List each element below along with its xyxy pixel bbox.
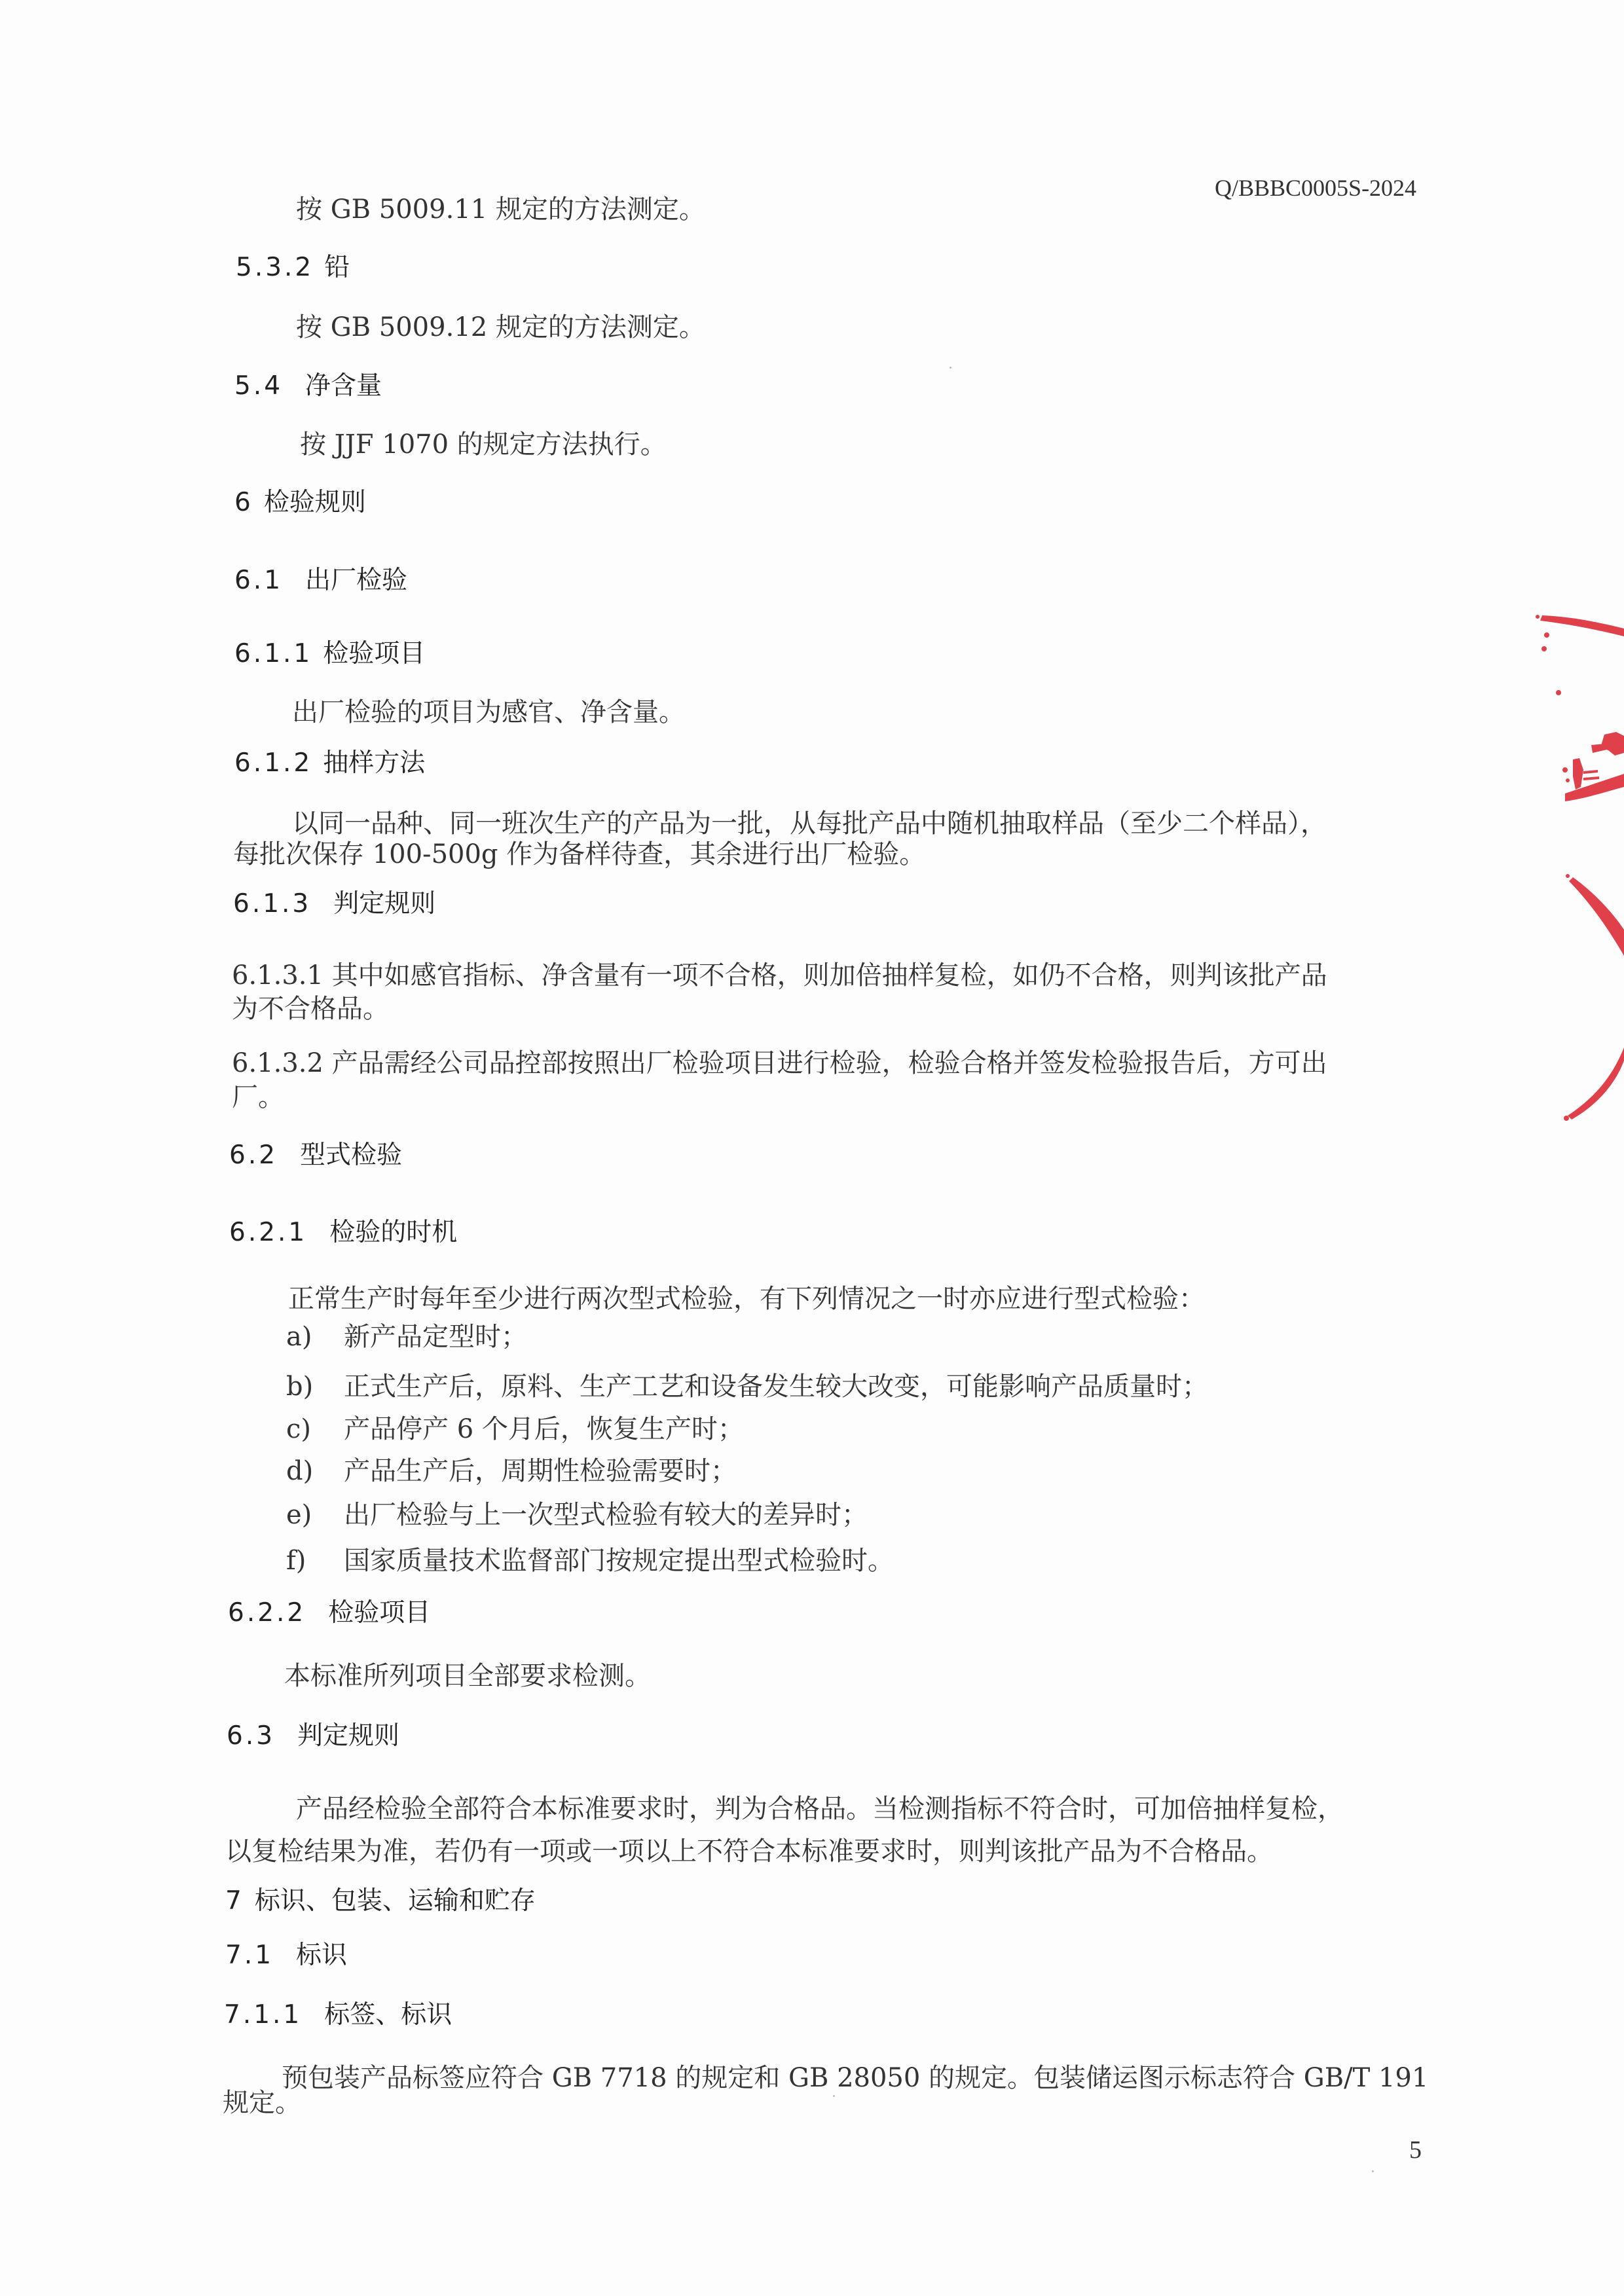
heading-title: 标识、包装、运输和贮存 xyxy=(255,1886,536,1916)
list-item-text: 正式生产后，原料、生产工艺和设备发生较大改变，可能影响产品质量时； xyxy=(344,1372,1208,1402)
list-item: a)新产品定型时； xyxy=(286,1321,527,1353)
list-item: d)产品生产后，周期性检验需要时； xyxy=(286,1455,737,1487)
paragraph-6-1-2-line2: 每批次保存 100-500g 作为备样待查，其余进行出厂检验。 xyxy=(233,839,925,870)
heading-6-1-2: 6.1.2抽样方法 xyxy=(234,748,425,779)
list-marker: c) xyxy=(286,1413,344,1445)
heading-title: 出厂检验 xyxy=(305,566,407,595)
heading-number: 6.1.1 xyxy=(234,638,312,670)
paragraph-6-1-3-1-line1: 6.1.3.1 其中如感官指标、净含量有一项不合格，则加倍抽样复检，如仍不合格，… xyxy=(232,960,1327,991)
heading-5-3-2: 5.3.2铅 xyxy=(236,252,350,283)
heading-number: 6.3 xyxy=(227,1721,275,1752)
list-item-text: 产品生产后，周期性检验需要时； xyxy=(344,1456,737,1486)
heading-number: 5.3.2 xyxy=(236,252,314,283)
list-item-text: 出厂检验与上一次型式检验有较大的差异时； xyxy=(344,1500,868,1530)
list-item: f)国家质量技术监督部门按规定提出型式检验时。 xyxy=(286,1545,894,1576)
page-number: 5 xyxy=(1409,2136,1422,2164)
heading-7: 7标识、包装、运输和贮存 xyxy=(225,1886,536,1917)
heading-title: 标签、标识 xyxy=(324,2000,452,2030)
heading-title: 型式检验 xyxy=(300,1140,402,1170)
paragraph-7-1-1-line2: 规定。 xyxy=(223,2087,301,2119)
paragraph-6-1-2-line1: 以同一品种、同一班次生产的产品为一批，从每批产品中随机抽取样品（至少二个样品）， xyxy=(292,808,1327,839)
paragraph-6-3-line1: 产品经检验全部符合本标准要求时，判为合格品。当检测指标不符合时，可加倍抽样复检， xyxy=(296,1793,1344,1825)
heading-number: 6.1.2 xyxy=(234,748,312,779)
paragraph-6-1-1: 出厂检验的项目为感官、净含量。 xyxy=(292,697,685,728)
heading-title: 检验项目 xyxy=(323,639,425,668)
document-page: Q/BBBC0005S-2024 按 GB 5009.11 规定的方法测定。 5… xyxy=(0,0,1624,2296)
heading-title: 抽样方法 xyxy=(323,748,425,778)
heading-title: 判定规则 xyxy=(297,1721,399,1751)
list-marker: a) xyxy=(286,1321,344,1353)
company-seal-icon xyxy=(1500,563,1624,1231)
list-item: b)正式生产后，原料、生产工艺和设备发生较大改变，可能影响产品质量时； xyxy=(286,1371,1208,1402)
heading-6-2-1: 6.2.1检验的时机 xyxy=(229,1217,457,1248)
paragraph-7-1-1-line1: 预包装产品标签应符合 GB 7718 的规定和 GB 28050 的规定。包装储… xyxy=(282,2062,1428,2094)
heading-number: 6.2 xyxy=(229,1140,278,1171)
heading-number: 6 xyxy=(234,487,253,519)
heading-title: 判定规则 xyxy=(333,889,435,919)
paragraph-6-2-1-intro: 正常生产时每年至少进行两次型式检验，有下列情况之一时亦应进行型式检验： xyxy=(288,1283,1205,1315)
paragraph-6-1-3-2-line2: 厂。 xyxy=(232,1082,284,1113)
list-item: c)产品停产 6 个月后，恢复生产时； xyxy=(286,1413,744,1445)
list-marker: b) xyxy=(286,1371,344,1402)
heading-number: 6.2.1 xyxy=(229,1217,307,1248)
list-marker: d) xyxy=(286,1455,344,1487)
heading-6-2-2: 6.2.2检验项目 xyxy=(228,1597,430,1629)
heading-7-1: 7.1标识 xyxy=(225,1940,347,1971)
heading-6-1-3: 6.1.3判定规则 xyxy=(233,888,435,920)
heading-7-1-1: 7.1.1标签、标识 xyxy=(224,1999,452,2031)
list-marker: f) xyxy=(286,1545,344,1576)
heading-number: 6.1.3 xyxy=(233,888,311,920)
heading-6-1: 6.1出厂检验 xyxy=(234,565,407,596)
heading-5-4: 5.4净含量 xyxy=(234,371,382,402)
heading-title: 检验规则 xyxy=(264,488,366,517)
heading-number: 7.1.1 xyxy=(224,1999,302,2031)
list-marker: e) xyxy=(286,1499,344,1531)
list-item: e)出厂检验与上一次型式检验有较大的差异时； xyxy=(286,1499,868,1531)
paragraph-5-3-1-method: 按 GB 5009.11 规定的方法测定。 xyxy=(296,194,705,225)
paragraph-5-3-2-method: 按 GB 5009.12 规定的方法测定。 xyxy=(296,312,705,343)
scan-speck xyxy=(1372,2170,1374,2172)
list-item-text: 新产品定型时； xyxy=(344,1322,527,1352)
scan-speck xyxy=(950,367,951,369)
scan-speck xyxy=(833,2095,835,2097)
heading-title: 标识 xyxy=(296,1941,347,1970)
heading-number: 5.4 xyxy=(234,371,283,402)
list-item-text: 国家质量技术监督部门按规定提出型式检验时。 xyxy=(344,1546,894,1576)
paragraph-6-3-line2: 以复检结果为准，若仍有一项或一项以上不符合本标准要求时，则判该批产品为不合格品。 xyxy=(225,1836,1273,1867)
heading-number: 6.1 xyxy=(234,565,283,596)
heading-6: 6检验规则 xyxy=(234,487,366,519)
paragraph-6-1-3-2-line1: 6.1.3.2 产品需经公司品控部按照出厂检验项目进行检验，检验合格并签发检验报… xyxy=(232,1048,1327,1079)
heading-title: 铅 xyxy=(324,253,350,282)
heading-6-1-1: 6.1.1检验项目 xyxy=(234,638,425,670)
paragraph-6-2-2: 本标准所列项目全部要求检测。 xyxy=(284,1660,651,1692)
heading-title: 净含量 xyxy=(305,371,382,401)
heading-title: 检验项目 xyxy=(328,1598,430,1628)
document-code-header: Q/BBBC0005S-2024 xyxy=(1215,174,1416,202)
heading-number: 7.1 xyxy=(225,1940,274,1971)
heading-number: 6.2.2 xyxy=(228,1597,306,1629)
heading-title: 检验的时机 xyxy=(329,1218,457,1247)
paragraph-6-1-3-1-line2: 为不合格品。 xyxy=(232,993,389,1025)
heading-number: 7 xyxy=(225,1886,244,1917)
paragraph-5-4-method: 按 JJF 1070 的规定方法执行。 xyxy=(300,429,667,460)
heading-6-2: 6.2型式检验 xyxy=(229,1140,402,1171)
heading-6-3: 6.3判定规则 xyxy=(227,1721,399,1752)
list-item-text: 产品停产 6 个月后，恢复生产时； xyxy=(344,1414,744,1444)
